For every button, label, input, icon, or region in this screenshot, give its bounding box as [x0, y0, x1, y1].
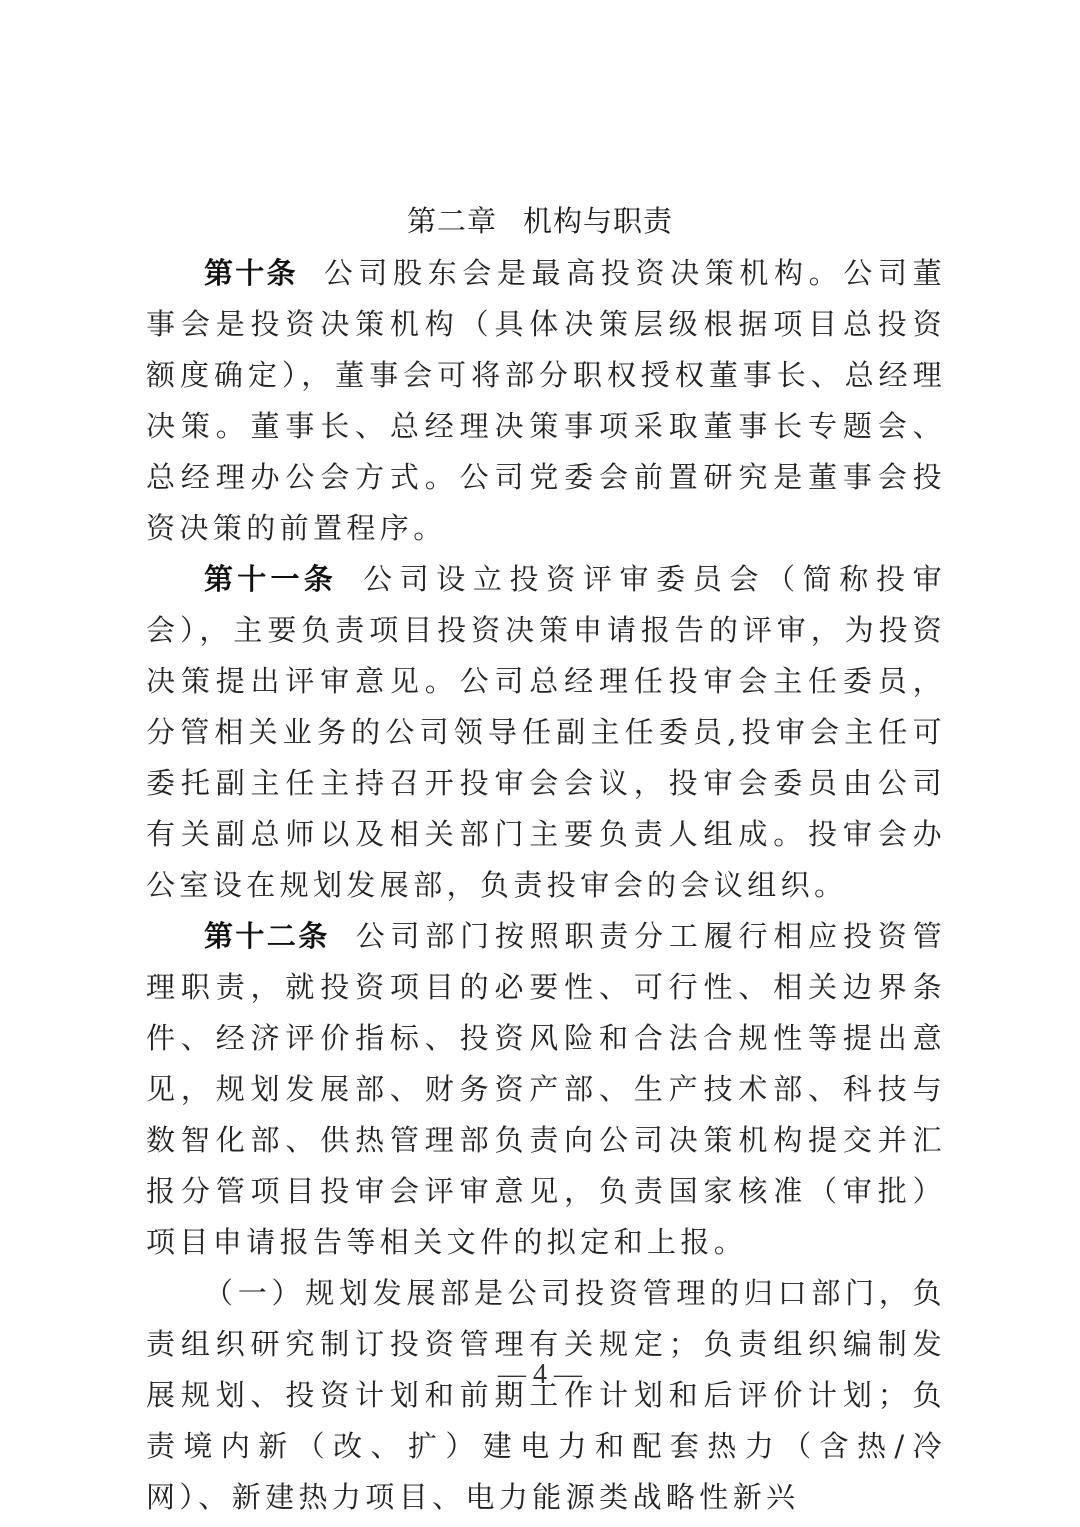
article-text: 公司股东会是最高投资决策机构。公司董事会是投资决策机构（具体决策层级根据项目总投…: [146, 256, 946, 545]
article-number: 第十条: [204, 256, 298, 290]
page-number: — 4 —: [0, 1358, 1080, 1392]
chapter-title: 第二章机构与职责: [0, 196, 1080, 246]
chapter-number: 第二章: [407, 204, 497, 238]
article-text: 公司设立投资评审委员会（简称投审会），主要负责项目投资决策申请报告的评审，为投资…: [146, 562, 946, 902]
document-page: 第二章机构与职责 第十条公司股东会是最高投资决策机构。公司董事会是投资决策机构（…: [0, 0, 1080, 1527]
clause-1: （一）规划发展部是公司投资管理的归口部门，负责组织研究制订投资管理有关规定；负责…: [146, 1268, 946, 1523]
article-number: 第十二条: [204, 919, 330, 953]
article-number: 第十一条: [204, 562, 337, 596]
document-body: 第十条公司股东会是最高投资决策机构。公司董事会是投资决策机构（具体决策层级根据项…: [146, 248, 946, 1523]
clause-text: （一）规划发展部是公司投资管理的归口部门，负责组织研究制订投资管理有关规定；负责…: [146, 1276, 946, 1514]
article-11: 第十一条公司设立投资评审委员会（简称投审会），主要负责项目投资决策申请报告的评审…: [146, 554, 946, 911]
chapter-name: 机构与职责: [523, 204, 673, 238]
article-10: 第十条公司股东会是最高投资决策机构。公司董事会是投资决策机构（具体决策层级根据项…: [146, 248, 946, 554]
article-text: 公司部门按照职责分工履行相应投资管理职责，就投资项目的必要性、可行性、相关边界条…: [146, 919, 946, 1259]
article-12: 第十二条公司部门按照职责分工履行相应投资管理职责，就投资项目的必要性、可行性、相…: [146, 911, 946, 1268]
